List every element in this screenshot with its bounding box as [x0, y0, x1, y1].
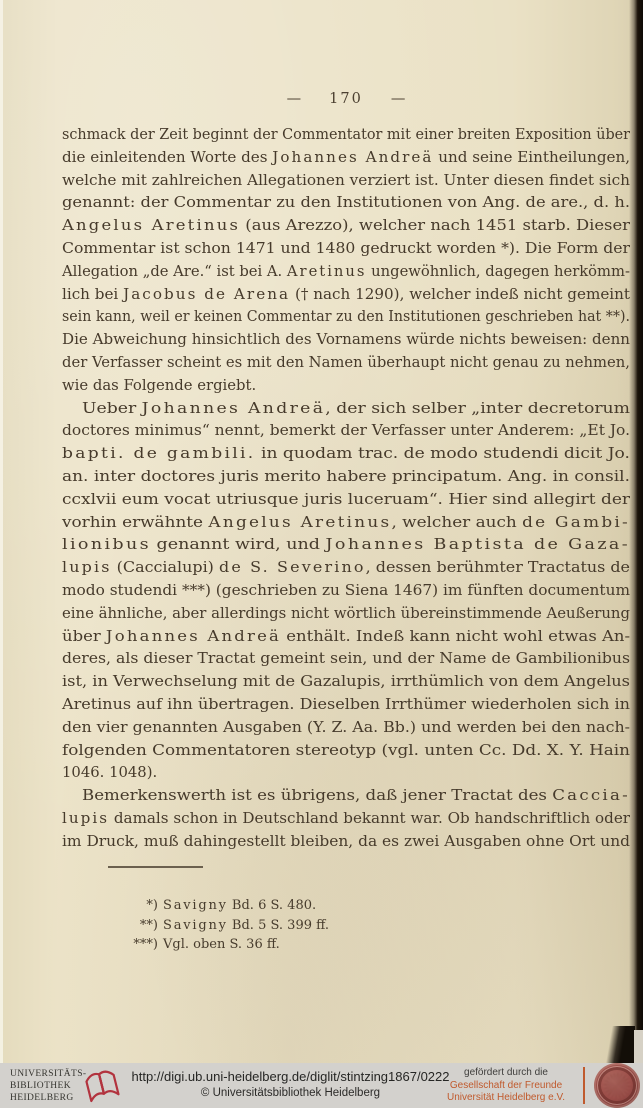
funding-divider: [583, 1067, 585, 1104]
text-line: Angelus Aretinus (aus Arezzo), welcher n…: [62, 215, 630, 238]
text-line: ccxlvii eum vocat utriusque juris luceru…: [62, 489, 630, 512]
funding-prefix: gefördert durch die: [436, 1067, 576, 1080]
library-wordmark: UNIVERSITÄTS- BIBLIOTHEK HEIDELBERG: [10, 1068, 86, 1104]
text-line: lupis damals schon in Deutschland bekann…: [62, 808, 630, 831]
text-line: vorhin erwähnte Angelus Aretinus, welche…: [62, 512, 630, 535]
text-line: im Druck, muß dahingestellt bleiben, da …: [62, 831, 630, 854]
text-line: Commentar ist schon 1471 und 1480 gedruc…: [62, 238, 630, 261]
text-line: die einleitenden Worte des Johannes Andr…: [62, 147, 630, 170]
text-line: über Johannes Andreä enthält. Indeß kann…: [62, 626, 630, 649]
body-text: schmack der Zeit beginnt der Commentator…: [62, 124, 630, 854]
text-line: deres, als dieser Tractat gemeint sein, …: [62, 648, 630, 671]
funding-org-line2: Universität Heidelberg e.V.: [436, 1092, 576, 1105]
text-line: folgenden Commentatoren stereotyp (vgl. …: [62, 740, 630, 763]
text-line: den vier genannten Ausgaben (Y. Z. Aa. B…: [62, 717, 630, 740]
text-line: bapti. de gambili. in quodam trac. de mo…: [62, 443, 630, 466]
page-number-dash-right: —: [391, 91, 406, 107]
text-line: ist, in Verwechselung mit de Gazalupis, …: [62, 671, 630, 694]
text-line: lionibus genannt wird, und Johannes Bapt…: [62, 534, 630, 557]
text-line: Die Abweichung hinsichtlich des Vornamen…: [62, 329, 630, 352]
text-line: genannt: der Commentar zu den Institutio…: [62, 192, 630, 215]
text-line: lupis (Caccialupi) de S. Severino, desse…: [62, 557, 630, 580]
footnote-row: ***)Vgl. oben S. 36 ff.: [0, 935, 568, 955]
footer-copyright: © Universitätsbibliothek Heidelberg: [118, 1087, 463, 1099]
text-line: Aretinus auf ihn übertragen. Dieselben I…: [62, 694, 630, 717]
text-line: modo studendi ***) (geschrieben zu Siena…: [62, 580, 630, 603]
footer-center: http://digi.ub.uni-heidelberg.de/diglit/…: [118, 1069, 463, 1099]
library-wordmark-line3: HEIDELBERG: [10, 1092, 86, 1104]
footnote-text: Vgl. oben S. 36 ff.: [163, 935, 280, 955]
text-line: sein kann, weil er keinen Commentar zu d…: [62, 306, 630, 329]
text-line: welche mit zahlreichen Allegationen verz…: [62, 170, 630, 193]
text-line: 1046. 1048).: [62, 762, 630, 785]
university-seal: [594, 1063, 640, 1108]
page-number: 170: [329, 91, 363, 107]
footnote-row: **)Savigny Bd. 5 S. 399 ff.: [0, 916, 568, 936]
footnote-separator: [108, 866, 203, 868]
footnote-row: *)Savigny Bd. 6 S. 480.: [0, 896, 568, 916]
text-line: der Verfasser scheint es mit den Namen ü…: [62, 352, 630, 375]
footnote-marker: *): [0, 896, 158, 916]
library-wordmark-line2: BIBLIOTHEK: [10, 1080, 86, 1092]
scanned-page: — 170 — schmack der Zeit beginnt der Com…: [0, 0, 643, 1108]
library-wordmark-line1: UNIVERSITÄTS-: [10, 1068, 86, 1080]
text-line: eine ähnliche, aber allerdings nicht wör…: [62, 603, 630, 626]
text-line: Ueber Johannes Andreä, der sich selber „…: [62, 398, 630, 421]
text-line: Bemerkenswerth ist es übrigens, daß jene…: [62, 785, 630, 808]
text-line: doctores minimus“ nennt, bemerkt der Ver…: [62, 420, 630, 443]
footnote-text: Savigny Bd. 6 S. 480.: [163, 896, 316, 916]
text-line: wie das Folgende ergiebt.: [62, 375, 630, 398]
book-edge-shadow: [629, 0, 643, 1063]
book-edge-shadow-bottom: [605, 1026, 635, 1063]
scan-edge-corner: [634, 1030, 643, 1063]
library-logo-icon: [82, 1064, 122, 1108]
funding-org-line1: Gesellschaft der Freunde: [436, 1080, 576, 1093]
page-number-dash-left: —: [287, 91, 302, 107]
seal-core: [604, 1073, 630, 1098]
funding-note: gefördert durch die Gesellschaft der Fre…: [436, 1067, 576, 1105]
text-line: lich bei Jacobus de Arena († nach 1290),…: [62, 284, 630, 307]
text-line: schmack der Zeit beginnt der Commentator…: [62, 124, 630, 147]
footer-url: http://digi.ub.uni-heidelberg.de/diglit/…: [118, 1069, 463, 1084]
footnote-text: Savigny Bd. 5 S. 399 ff.: [163, 916, 329, 936]
footnote-marker: ***): [0, 935, 158, 955]
footnotes: *)Savigny Bd. 6 S. 480.**)Savigny Bd. 5 …: [0, 896, 568, 955]
footer-bar: UNIVERSITÄTS- BIBLIOTHEK HEIDELBERG http…: [0, 1063, 643, 1108]
text-line: an. inter doctores juris merito habere p…: [62, 466, 630, 489]
footnote-marker: **): [0, 916, 158, 936]
page-header: — 170 —: [62, 88, 630, 110]
text-line: Allegation „de Are.“ ist bei A. Aretinus…: [62, 261, 630, 284]
